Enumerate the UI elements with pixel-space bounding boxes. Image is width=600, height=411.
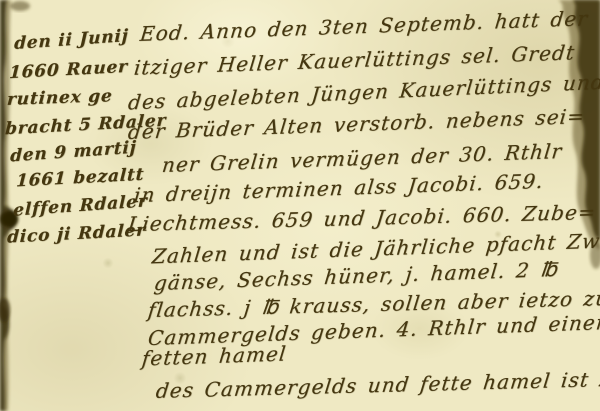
margin-note-line: elffen Rdaler xyxy=(13,191,148,220)
body-line: des Cammergelds und fette hamel ist Zahl… xyxy=(155,365,600,403)
manuscript-page: den ii Junij 1660 Rauer rutinex ge brach… xyxy=(0,0,600,411)
margin-note-line: rutinex ge xyxy=(6,86,113,110)
body-line: Eod. Anno den 3ten Septemb. hatt der xyxy=(139,6,589,46)
margin-note-line: dico ji Rdaler xyxy=(7,220,147,247)
body-line: fetten hamel xyxy=(141,341,288,370)
margin-note-line: den ii Junij xyxy=(14,26,129,54)
margin-note-line: den 9 martij xyxy=(10,138,137,167)
margin-note-line: 1660 Rauer xyxy=(9,57,129,83)
margin-note-line: 1661 bezaltt xyxy=(16,165,145,192)
